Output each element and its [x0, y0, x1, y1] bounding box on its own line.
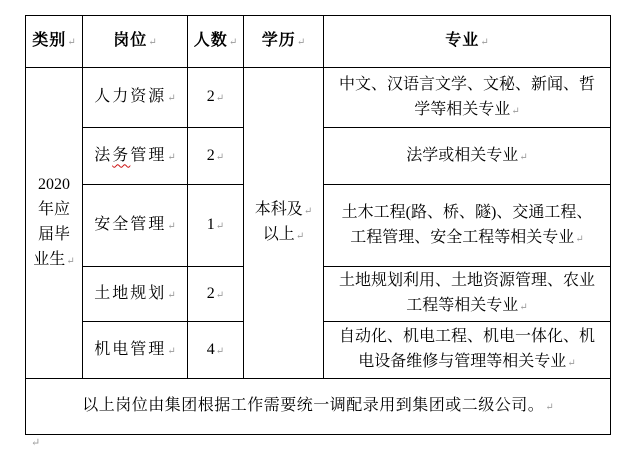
- header-major-label: 专业: [445, 32, 479, 49]
- major-cell-legal: 法学或相关专业↵: [324, 128, 611, 185]
- major-cell-land: 土地规划利用、土地资源管理、农业工程等相关专业↵: [324, 267, 611, 322]
- header-row: 类别↵ 岗位↵ 人数↵ 学历↵ 专业↵: [26, 16, 611, 68]
- paragraph-mark-icon: ↵: [511, 106, 519, 117]
- position-cell-safety: 安全管理↵: [83, 185, 188, 267]
- count-value: 2: [207, 88, 215, 105]
- paragraph-mark-icon: ↵: [67, 37, 75, 48]
- paragraph-mark-icon: ↵: [296, 231, 304, 242]
- paragraph-mark-icon: ↵: [480, 37, 488, 48]
- position-text-spellcheck-flagged: 务: [112, 147, 130, 164]
- count-cell-land: 2↵: [188, 267, 244, 322]
- position-text: 人力资源: [94, 88, 166, 105]
- count-value: 1: [207, 216, 215, 233]
- education-line1: 本科及: [255, 201, 303, 218]
- footer-note-text: 以上岗位由集团根据工作需要统一调配录用到集团或二级公司。: [82, 397, 544, 414]
- position-cell-legal: 法务管理↵: [83, 128, 188, 185]
- header-category-label: 类别: [32, 32, 66, 49]
- paragraph-mark-icon: ↵: [519, 152, 527, 163]
- paragraph-mark-icon: ↵: [66, 256, 74, 267]
- paragraph-mark-icon: ↵: [216, 346, 224, 357]
- position-cell-mech: 机电管理↵: [83, 322, 188, 379]
- paragraph-mark-icon: ↵: [216, 93, 224, 104]
- paragraph-mark-icon: ↵: [216, 152, 224, 163]
- recruitment-table: 类别↵ 岗位↵ 人数↵ 学历↵ 专业↵ 2020年应届毕业生↵ 人力资源↵ 2↵…: [25, 15, 611, 435]
- count-cell-hr: 2↵: [188, 68, 244, 128]
- paragraph-mark-icon: ↵: [567, 358, 575, 369]
- paragraph-mark-icon: ↵: [167, 290, 175, 301]
- paragraph-mark-icon: ↵: [545, 402, 553, 413]
- paragraph-mark-icon: ↵: [167, 346, 175, 357]
- education-line2: 以上: [263, 226, 295, 243]
- footer-row: 以上岗位由集团根据工作需要统一调配录用到集团或二级公司。↵: [26, 379, 611, 435]
- header-count-label: 人数: [194, 32, 228, 49]
- paragraph-mark-icon: ↵: [216, 221, 224, 232]
- major-text: 法学或相关专业: [406, 147, 518, 164]
- header-education-label: 学历: [262, 32, 296, 49]
- count-cell-legal: 2↵: [188, 128, 244, 185]
- count-cell-mech: 4↵: [188, 322, 244, 379]
- position-cell-land: 土地规划↵: [83, 267, 188, 322]
- count-value: 2: [207, 147, 215, 164]
- paragraph-mark-icon: ↵: [304, 206, 312, 217]
- position-text: 安全管理: [94, 216, 166, 233]
- paragraph-mark-icon: ↵: [167, 221, 175, 232]
- major-cell-safety: 土木工程(路、桥、隧)、交通工程、工程管理、安全工程等相关专业↵: [324, 185, 611, 267]
- major-text: 土地规划利用、土地资源管理、农业工程等相关专业: [339, 272, 595, 314]
- paragraph-mark-icon: ↵: [297, 37, 305, 48]
- major-text: 土木工程(路、桥、隧)、交通工程、工程管理、安全工程等相关专业: [342, 204, 593, 246]
- header-category: 类别↵: [26, 16, 83, 68]
- paragraph-mark-icon: ↵: [519, 302, 527, 313]
- document-end-paragraph-mark-icon: ↵: [31, 436, 40, 449]
- footer-note-cell: 以上岗位由集团根据工作需要统一调配录用到集团或二级公司。↵: [26, 379, 611, 435]
- paragraph-mark-icon: ↵: [148, 37, 156, 48]
- paragraph-mark-icon: ↵: [167, 152, 175, 163]
- major-text: 自动化、机电工程、机电一体化、机电设备维修与管理等相关专业: [339, 328, 595, 370]
- paragraph-mark-icon: ↵: [167, 93, 175, 104]
- position-text-prefix: 法: [94, 147, 112, 164]
- category-text: 2020年应届毕业生: [33, 176, 70, 267]
- header-major: 专业↵: [324, 16, 611, 68]
- paragraph-mark-icon: ↵: [216, 290, 224, 301]
- position-cell-hr: 人力资源↵: [83, 68, 188, 128]
- education-cell: 本科及↵ 以上↵: [244, 68, 324, 379]
- header-count: 人数↵: [188, 16, 244, 68]
- header-position-label: 岗位: [113, 32, 147, 49]
- major-cell-hr: 中文、汉语言文学、文秘、新闻、哲学等相关专业↵: [324, 68, 611, 128]
- count-value: 2: [207, 285, 215, 302]
- major-cell-mech: 自动化、机电工程、机电一体化、机电设备维修与管理等相关专业↵: [324, 322, 611, 379]
- position-text-suffix: 管理: [130, 147, 166, 164]
- paragraph-mark-icon: ↵: [575, 234, 583, 245]
- major-text: 中文、汉语言文学、文秘、新闻、哲学等相关专业: [339, 76, 595, 118]
- position-text: 机电管理: [94, 341, 166, 358]
- category-cell: 2020年应届毕业生↵: [26, 68, 83, 379]
- document-page: { "marks": { "pilcrow": "↵" }, "colors":…: [0, 0, 638, 451]
- count-value: 4: [207, 341, 215, 358]
- table-row-hr: 2020年应届毕业生↵ 人力资源↵ 2↵ 本科及↵ 以上↵ 中文、汉语言文学、文…: [26, 68, 611, 128]
- position-text: 土地规划: [94, 285, 166, 302]
- count-cell-safety: 1↵: [188, 185, 244, 267]
- header-position: 岗位↵: [83, 16, 188, 68]
- paragraph-mark-icon: ↵: [229, 37, 237, 48]
- header-education: 学历↵: [244, 16, 324, 68]
